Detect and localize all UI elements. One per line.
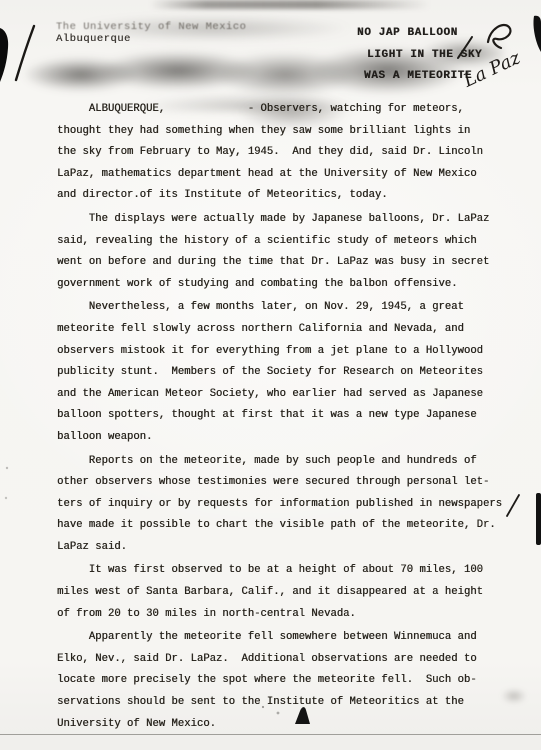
letterhead: The University of New Mexico Albuquerque <box>56 21 246 45</box>
text-line: balloon weapon. <box>57 427 532 449</box>
edge-bar-right <box>536 493 541 545</box>
text-line: ALBUQUERQUE, - Observers, watching for m… <box>57 99 532 121</box>
text-line: Nevertheless, a few months later, on Nov… <box>57 297 532 319</box>
letterhead-organization: The University of New Mexico <box>56 21 246 33</box>
text-line: have made it possible to chart the visib… <box>57 515 532 537</box>
text-line: observers mistook it for everything from… <box>57 341 532 363</box>
text-line: ters of inquiry or by requests for infor… <box>57 494 532 516</box>
text-line: servations should be sent to the Institu… <box>57 692 532 714</box>
text-line: miles west of Santa Barbara, Calif., and… <box>57 582 532 604</box>
text-line: balloon spotters, thought at first that … <box>57 405 532 427</box>
text-line: the sky from February to May, 1945. And … <box>57 142 532 164</box>
text-line: Elko, Nev., said Dr. LaPaz. Additional o… <box>57 649 532 671</box>
text-line: government work of studying and combatin… <box>57 274 532 296</box>
toner-smudge-top-edge <box>150 0 430 9</box>
text-line: LaPaz said. <box>57 537 532 559</box>
text-line: went on before and during the time that … <box>57 252 532 274</box>
text-line: publicity stunt. Members of the Society … <box>57 362 532 384</box>
text-line: Apparently the meteorite fell somewhere … <box>57 627 532 649</box>
text-line: said, revealing the history of a scienti… <box>57 231 532 253</box>
text-line: It was first observed to be at a height … <box>57 560 532 582</box>
handwritten-name: La Paz <box>459 47 524 92</box>
page-bottom-edge <box>0 734 541 750</box>
handwriting-flourish <box>488 25 510 48</box>
text-line: thought they had something when they saw… <box>57 121 532 143</box>
text-line: Reports on the meteorite, made by such p… <box>57 451 532 473</box>
text-line: of from 20 to 30 miles in north-central … <box>57 604 532 626</box>
text-line: and the American Meteor Society, who ear… <box>57 384 532 406</box>
handwritten-annotation: La Paz <box>450 8 541 98</box>
letterhead-city: Albuquerque <box>56 33 246 45</box>
stray-speck <box>6 467 8 469</box>
text-line: University of New Mexico. <box>57 714 532 736</box>
text-line: locate more precisely the spot where the… <box>57 670 532 692</box>
document-page: The University of New Mexico Albuquerque… <box>0 0 541 750</box>
text-line: and director.of its Institute of Meteori… <box>57 185 532 207</box>
text-line: The displays were actually made by Japan… <box>57 209 532 231</box>
stray-speck <box>5 497 7 499</box>
edge-blot-left <box>0 28 8 82</box>
body-text: ALBUQUERQUE, - Observers, watching for m… <box>57 99 532 735</box>
text-line: other observers whose testimonies were s… <box>57 472 532 494</box>
text-line: LaPaz, mathematics department head at th… <box>57 164 532 186</box>
text-line: meteorite fell slowly across northern Ca… <box>57 319 532 341</box>
